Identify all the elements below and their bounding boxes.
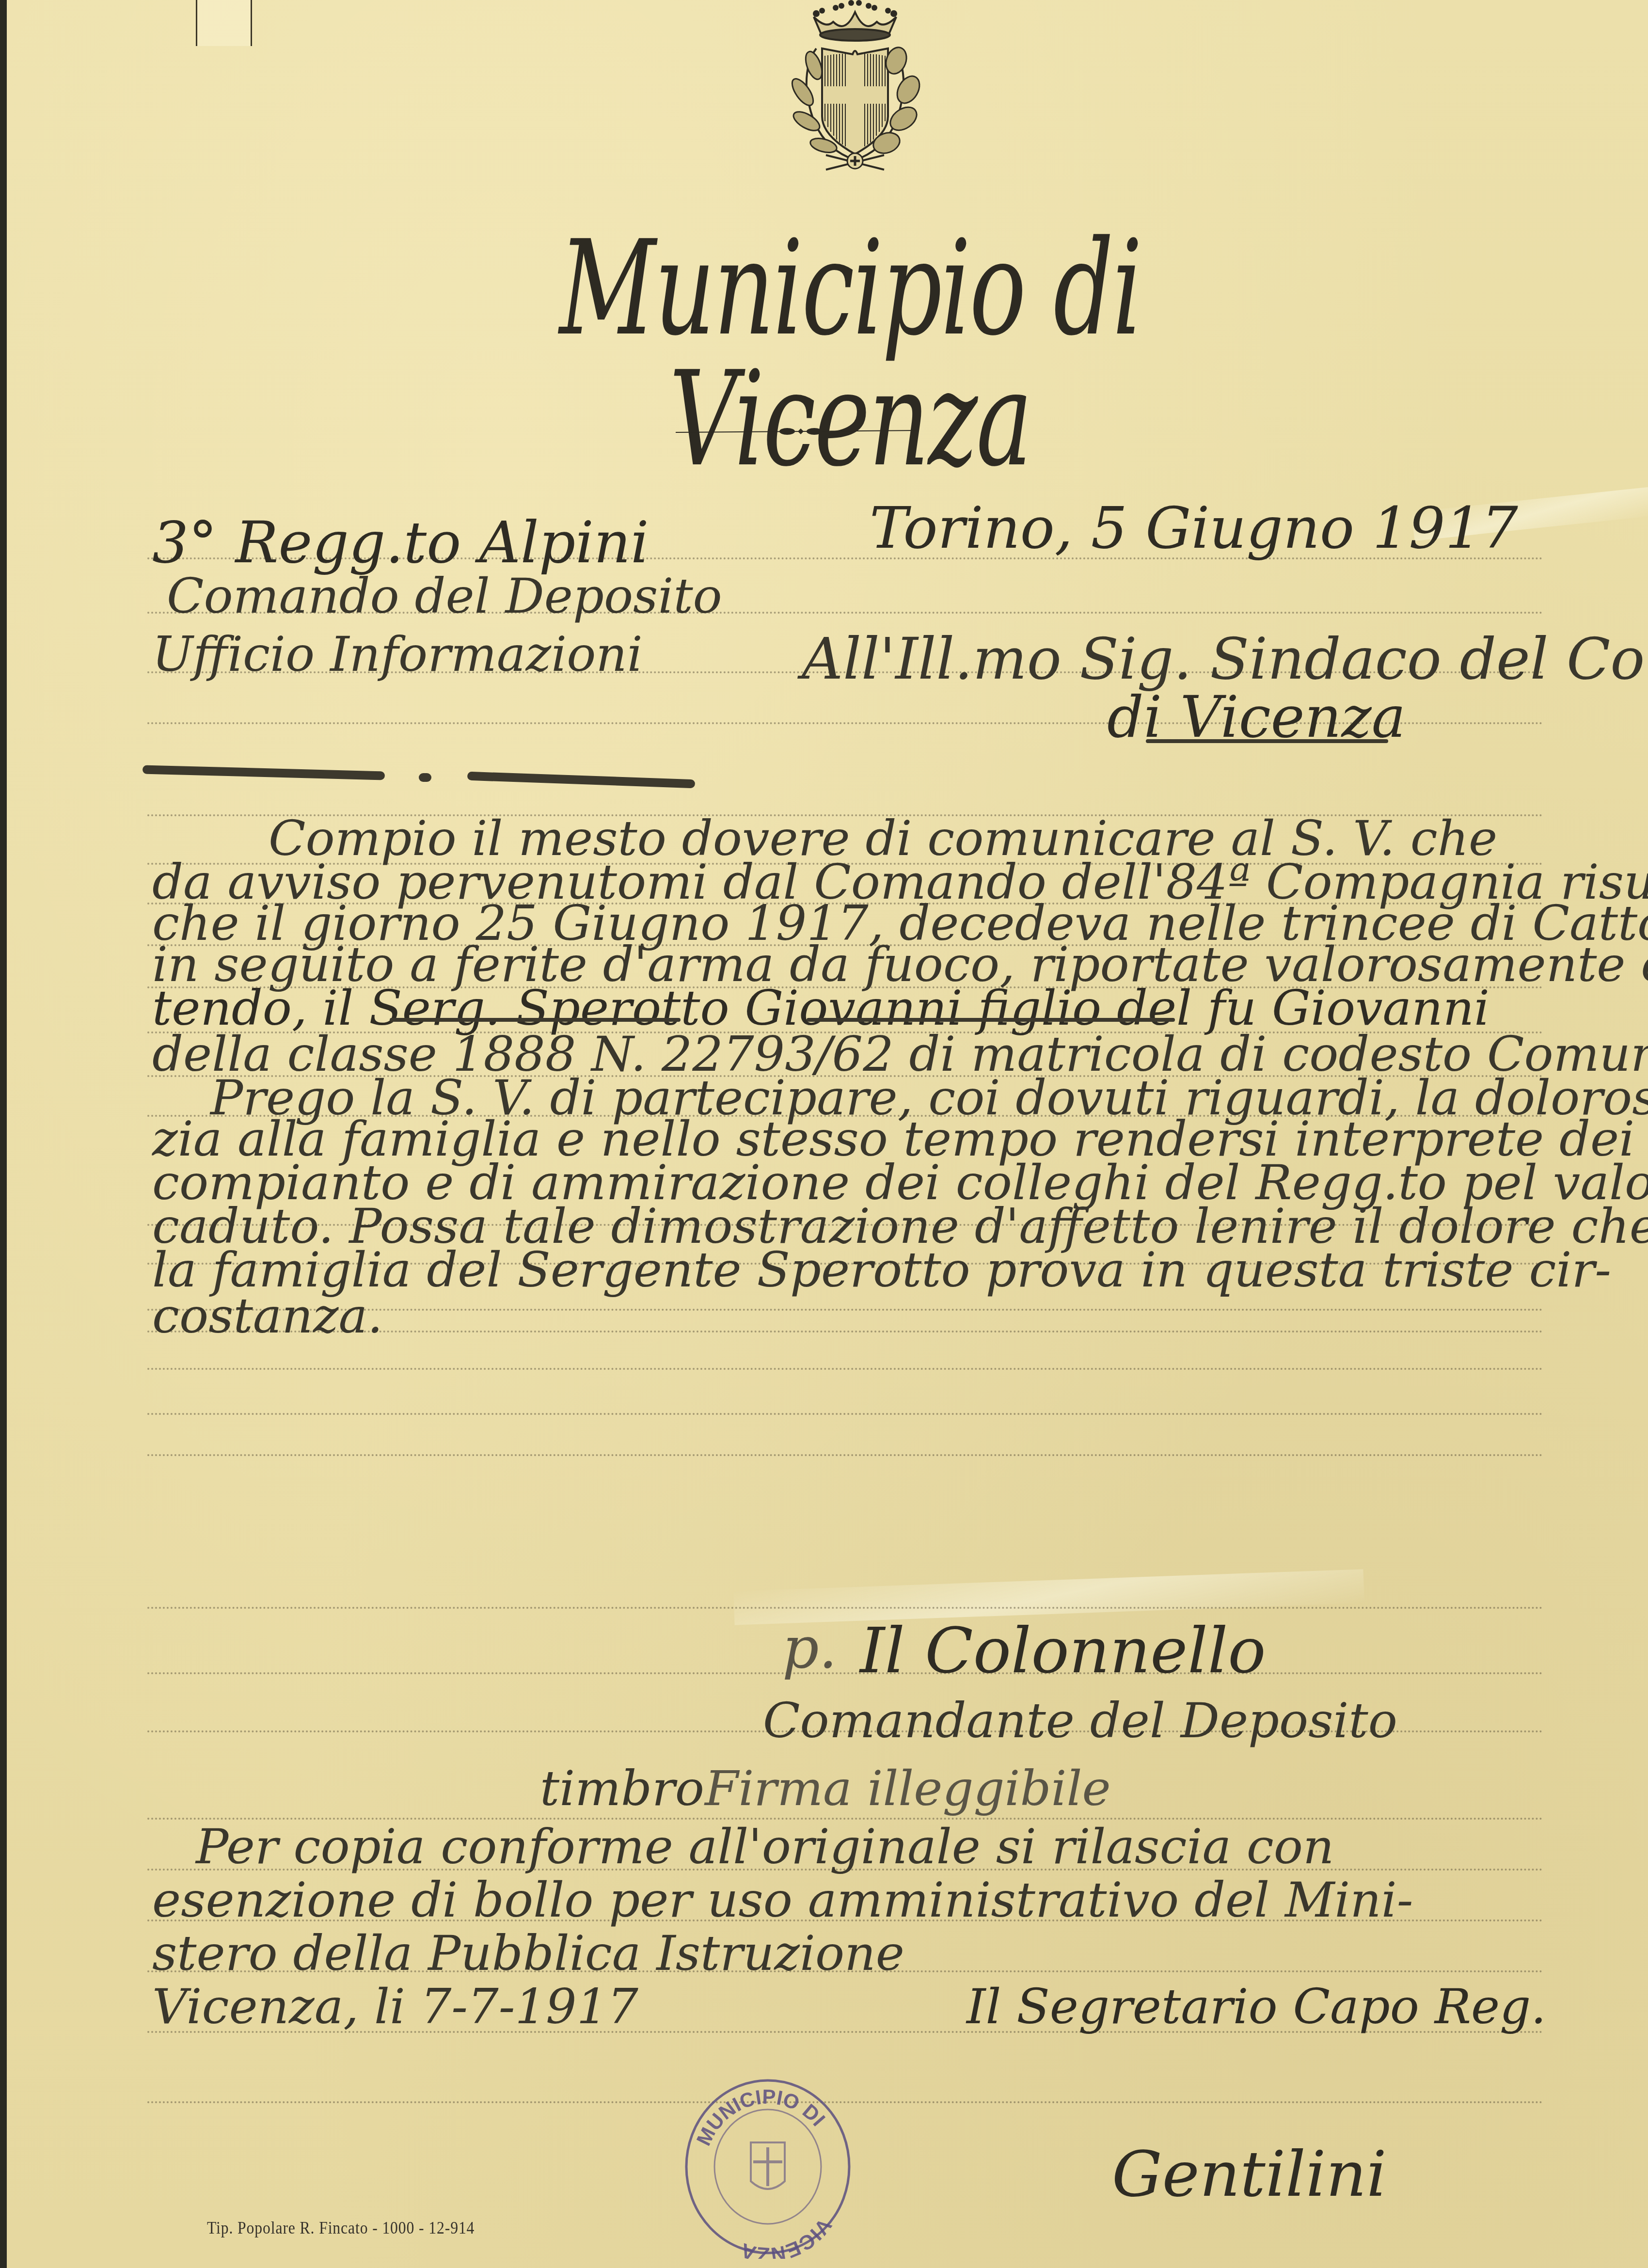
certification-line: esenzione di bollo per uso amministrativ… [152, 1876, 1413, 1924]
secretary-title: Il Segretario Capo Reg. [967, 1983, 1546, 2031]
sender-office: Ufficio Informazioni [152, 630, 643, 679]
addressee-line1: All'Ill.mo Sig. Sindaco del Comune [802, 630, 1648, 687]
addressee-underline [1146, 739, 1388, 743]
signature-title: Comandante del Deposito [763, 1697, 1397, 1745]
certification-line: stero della Pubblica Istruzione [152, 1929, 904, 1978]
addressee-city: di Vicenza [1107, 688, 1406, 745]
sender-command: Comando del Deposito [167, 572, 722, 620]
letterhead-title: Municipio di Vicenza [449, 223, 1252, 485]
ruled-line [147, 1607, 1543, 1609]
ruled-line [147, 1454, 1543, 1456]
body-line: la famiglia del Sergente Sperotto prova … [152, 1246, 1611, 1294]
signature-prefix: p. [782, 1619, 837, 1676]
secretary-signature: Gentilini [1112, 2142, 1387, 2205]
certification-line: Per copia conforme all'originale si rila… [196, 1823, 1334, 1871]
paper-tear [196, 0, 252, 46]
ruled-line [147, 1413, 1543, 1415]
illegible-signature-note: Firma illeggibile [705, 1764, 1111, 1813]
signature-name: Il Colonnello [860, 1619, 1266, 1682]
sender-regiment: 3° Regg.to Alpini [152, 514, 649, 571]
stamp-text-top: MUNICIPIO DI [692, 2085, 830, 2149]
scan-left-edge [0, 0, 7, 2268]
decorative-rule-icon [676, 427, 918, 436]
place-date: Torino, 5 Giugno 1917 [870, 499, 1518, 556]
body-line: tendo, il Serg. Sperotto Giovanni figlio… [152, 984, 1490, 1032]
soldier-name-underline [807, 1018, 1175, 1022]
soldier-name-underline [390, 1018, 681, 1022]
body-line: costanza. [152, 1292, 383, 1340]
ruled-line [147, 1672, 1543, 1674]
separator-bar [143, 765, 385, 780]
ruled-line [147, 1368, 1543, 1370]
separator-bar [467, 772, 695, 788]
svg-text:MUNICIPIO DI: MUNICIPIO DI [692, 2085, 830, 2149]
document-sheet: Municipio di Vicenza 3° Regg.to Alpini C… [7, 0, 1648, 2268]
certification-date: Vicenza, li 7-7-1917 [152, 1983, 638, 2031]
municipal-stamp-icon: MUNICIPIO DI VICENZA [676, 2070, 860, 2259]
stamp-note: timbro [540, 1764, 704, 1813]
separator-bar [419, 773, 431, 782]
printer-imprint: Tip. Popolare R. Fincato - 1000 - 12-914 [207, 2218, 475, 2238]
coat-of-arms-icon [768, 0, 942, 184]
